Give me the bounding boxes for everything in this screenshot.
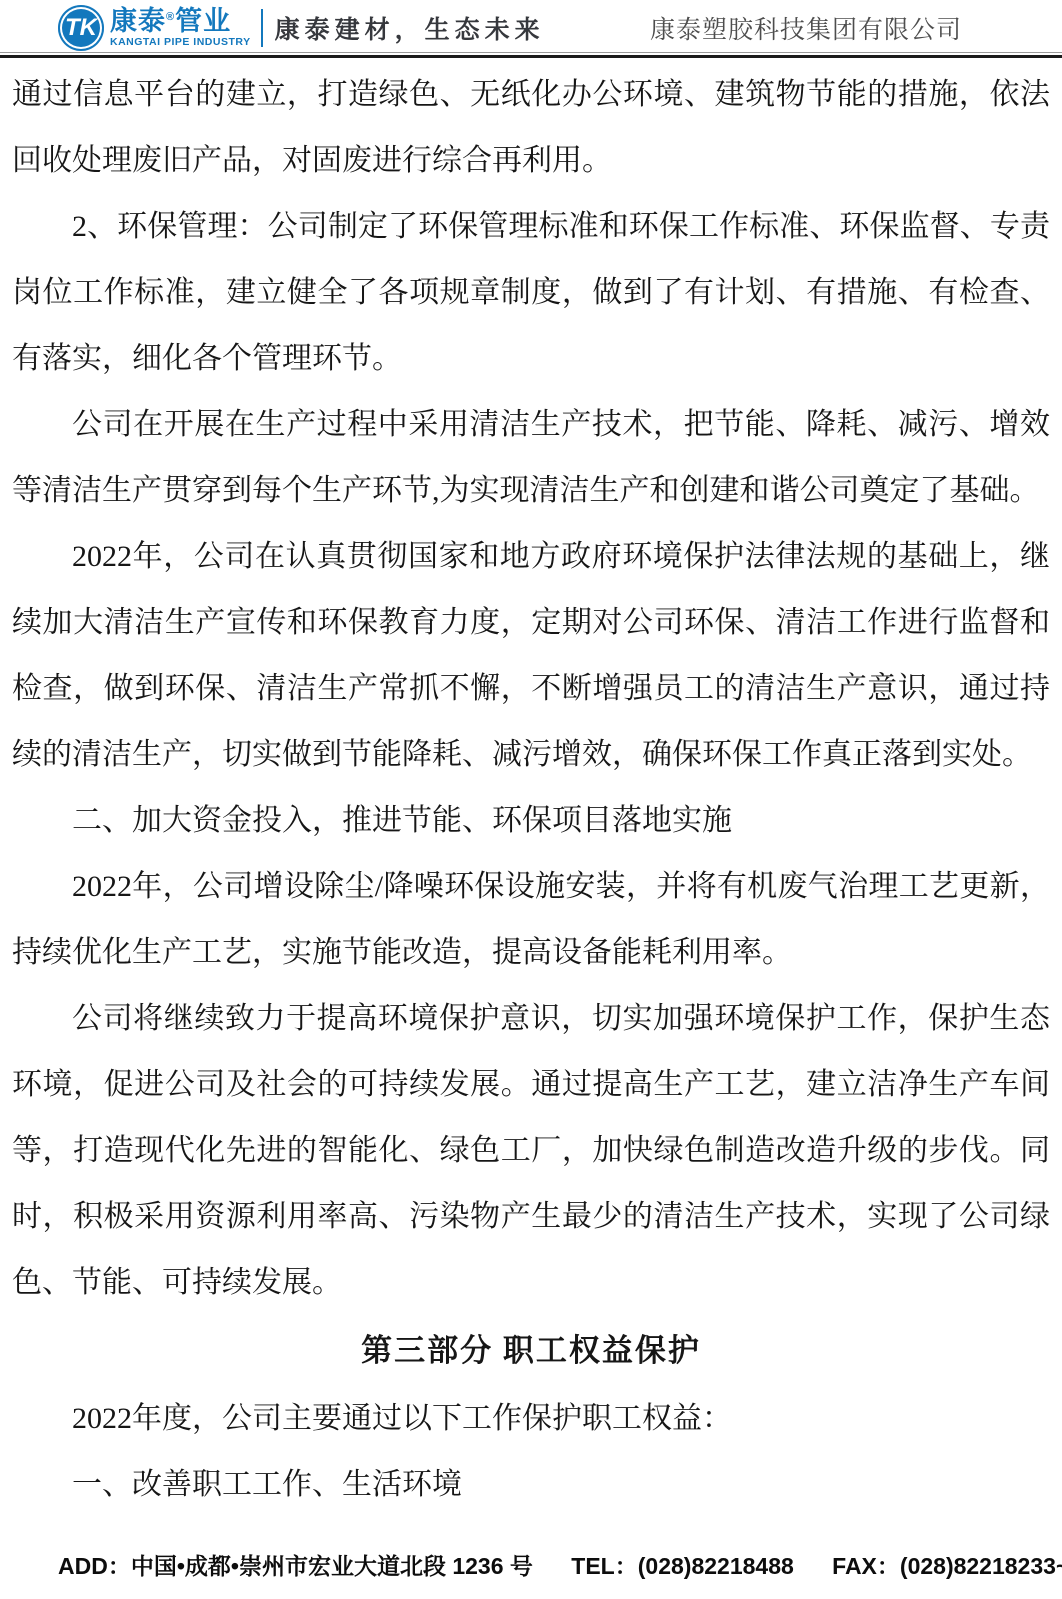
tk-monogram: TK <box>65 14 97 42</box>
footer-address: 中国•成都•崇州市宏业大道北段 1236 号 <box>131 1553 533 1579</box>
section-heading: 第三部分 职工权益保护 <box>12 1316 1050 1386</box>
footer-tel-label: TEL： <box>571 1553 637 1579</box>
tk-logo-icon: TK <box>58 5 104 51</box>
body-paragraph: 2022年度，公司主要通过以下工作保护职工权益： <box>12 1386 1050 1452</box>
header-rule-thin-line <box>0 52 1062 53</box>
footer-fax-label: FAX： <box>832 1553 900 1579</box>
body-paragraph: 通过信息平台的建立，打造绿色、无纸化办公环境、建筑物节能的措施，依法回收处理废旧… <box>12 62 1050 194</box>
footer-tel: (028)82218488 <box>638 1553 794 1579</box>
header-rule <box>0 52 1062 58</box>
logo-brand-cn-part1: 康泰 <box>110 6 166 36</box>
registered-trademark-icon: ® <box>166 11 175 23</box>
header-rule-thick-line <box>0 55 1062 58</box>
body-subheading: 二、加大资金投入，推进节能、环保项目落地实施 <box>12 788 1050 854</box>
logo-divider <box>261 9 263 47</box>
page-number: ~ 2 ~ <box>1056 1553 1062 1580</box>
body-paragraph: 2022年，公司在认真贯彻国家和地方政府环境保护法律法规的基础上，继续加大清洁生… <box>12 524 1050 788</box>
document-body: 通过信息平台的建立，打造绿色、无纸化办公环境、建筑物节能的措施，依法回收处理废旧… <box>12 62 1050 1518</box>
footer-fax: (028)82218233 <box>900 1553 1056 1579</box>
page-footer: ADD：中国•成都•崇州市宏业大道北段 1236 号 TEL：(028)8221… <box>0 1548 1062 1581</box>
logo-brand-cn: 康泰®管业 <box>110 8 251 35</box>
body-subheading: 一、改善职工工作、生活环境 <box>12 1452 1050 1518</box>
body-paragraph: 2022年，公司增设除尘/降噪环保设施安装，并将有机废气治理工艺更新，持续优化生… <box>12 854 1050 986</box>
logo-brand-cn-part2: 管业 <box>175 6 231 36</box>
logo-brand-en: KANGTAI PIPE INDUSTRY <box>110 37 251 48</box>
document-page: TK 康泰®管业 KANGTAI PIPE INDUSTRY 康泰建材，生态未来… <box>0 0 1062 1599</box>
body-paragraph: 公司将继续致力于提高环境保护意识，切实加强环境保护工作，保护生态环境，促进公司及… <box>12 986 1050 1316</box>
body-paragraph: 2、环保管理：公司制定了环保管理标准和环保工作标准、环保监督、专责岗位工作标准，… <box>12 194 1050 392</box>
header-tagline: 康泰建材，生态未来 <box>275 10 545 46</box>
page-header: TK 康泰®管业 KANGTAI PIPE INDUSTRY 康泰建材，生态未来… <box>0 0 1062 52</box>
header-company-name: 康泰塑胶科技集团有限公司 <box>650 10 962 46</box>
logo-wordmark: 康泰®管业 KANGTAI PIPE INDUSTRY <box>110 8 251 48</box>
header-brand-block: TK 康泰®管业 KANGTAI PIPE INDUSTRY 康泰建材，生态未来 <box>58 5 545 51</box>
kangtai-logo: TK 康泰®管业 KANGTAI PIPE INDUSTRY <box>58 5 251 51</box>
footer-contact-info: ADD：中国•成都•崇州市宏业大道北段 1236 号 TEL：(028)8221… <box>58 1548 1056 1581</box>
footer-add-label: ADD： <box>58 1553 131 1579</box>
body-paragraph: 公司在开展在生产过程中采用清洁生产技术，把节能、降耗、减污、增效等清洁生产贯穿到… <box>12 392 1050 524</box>
